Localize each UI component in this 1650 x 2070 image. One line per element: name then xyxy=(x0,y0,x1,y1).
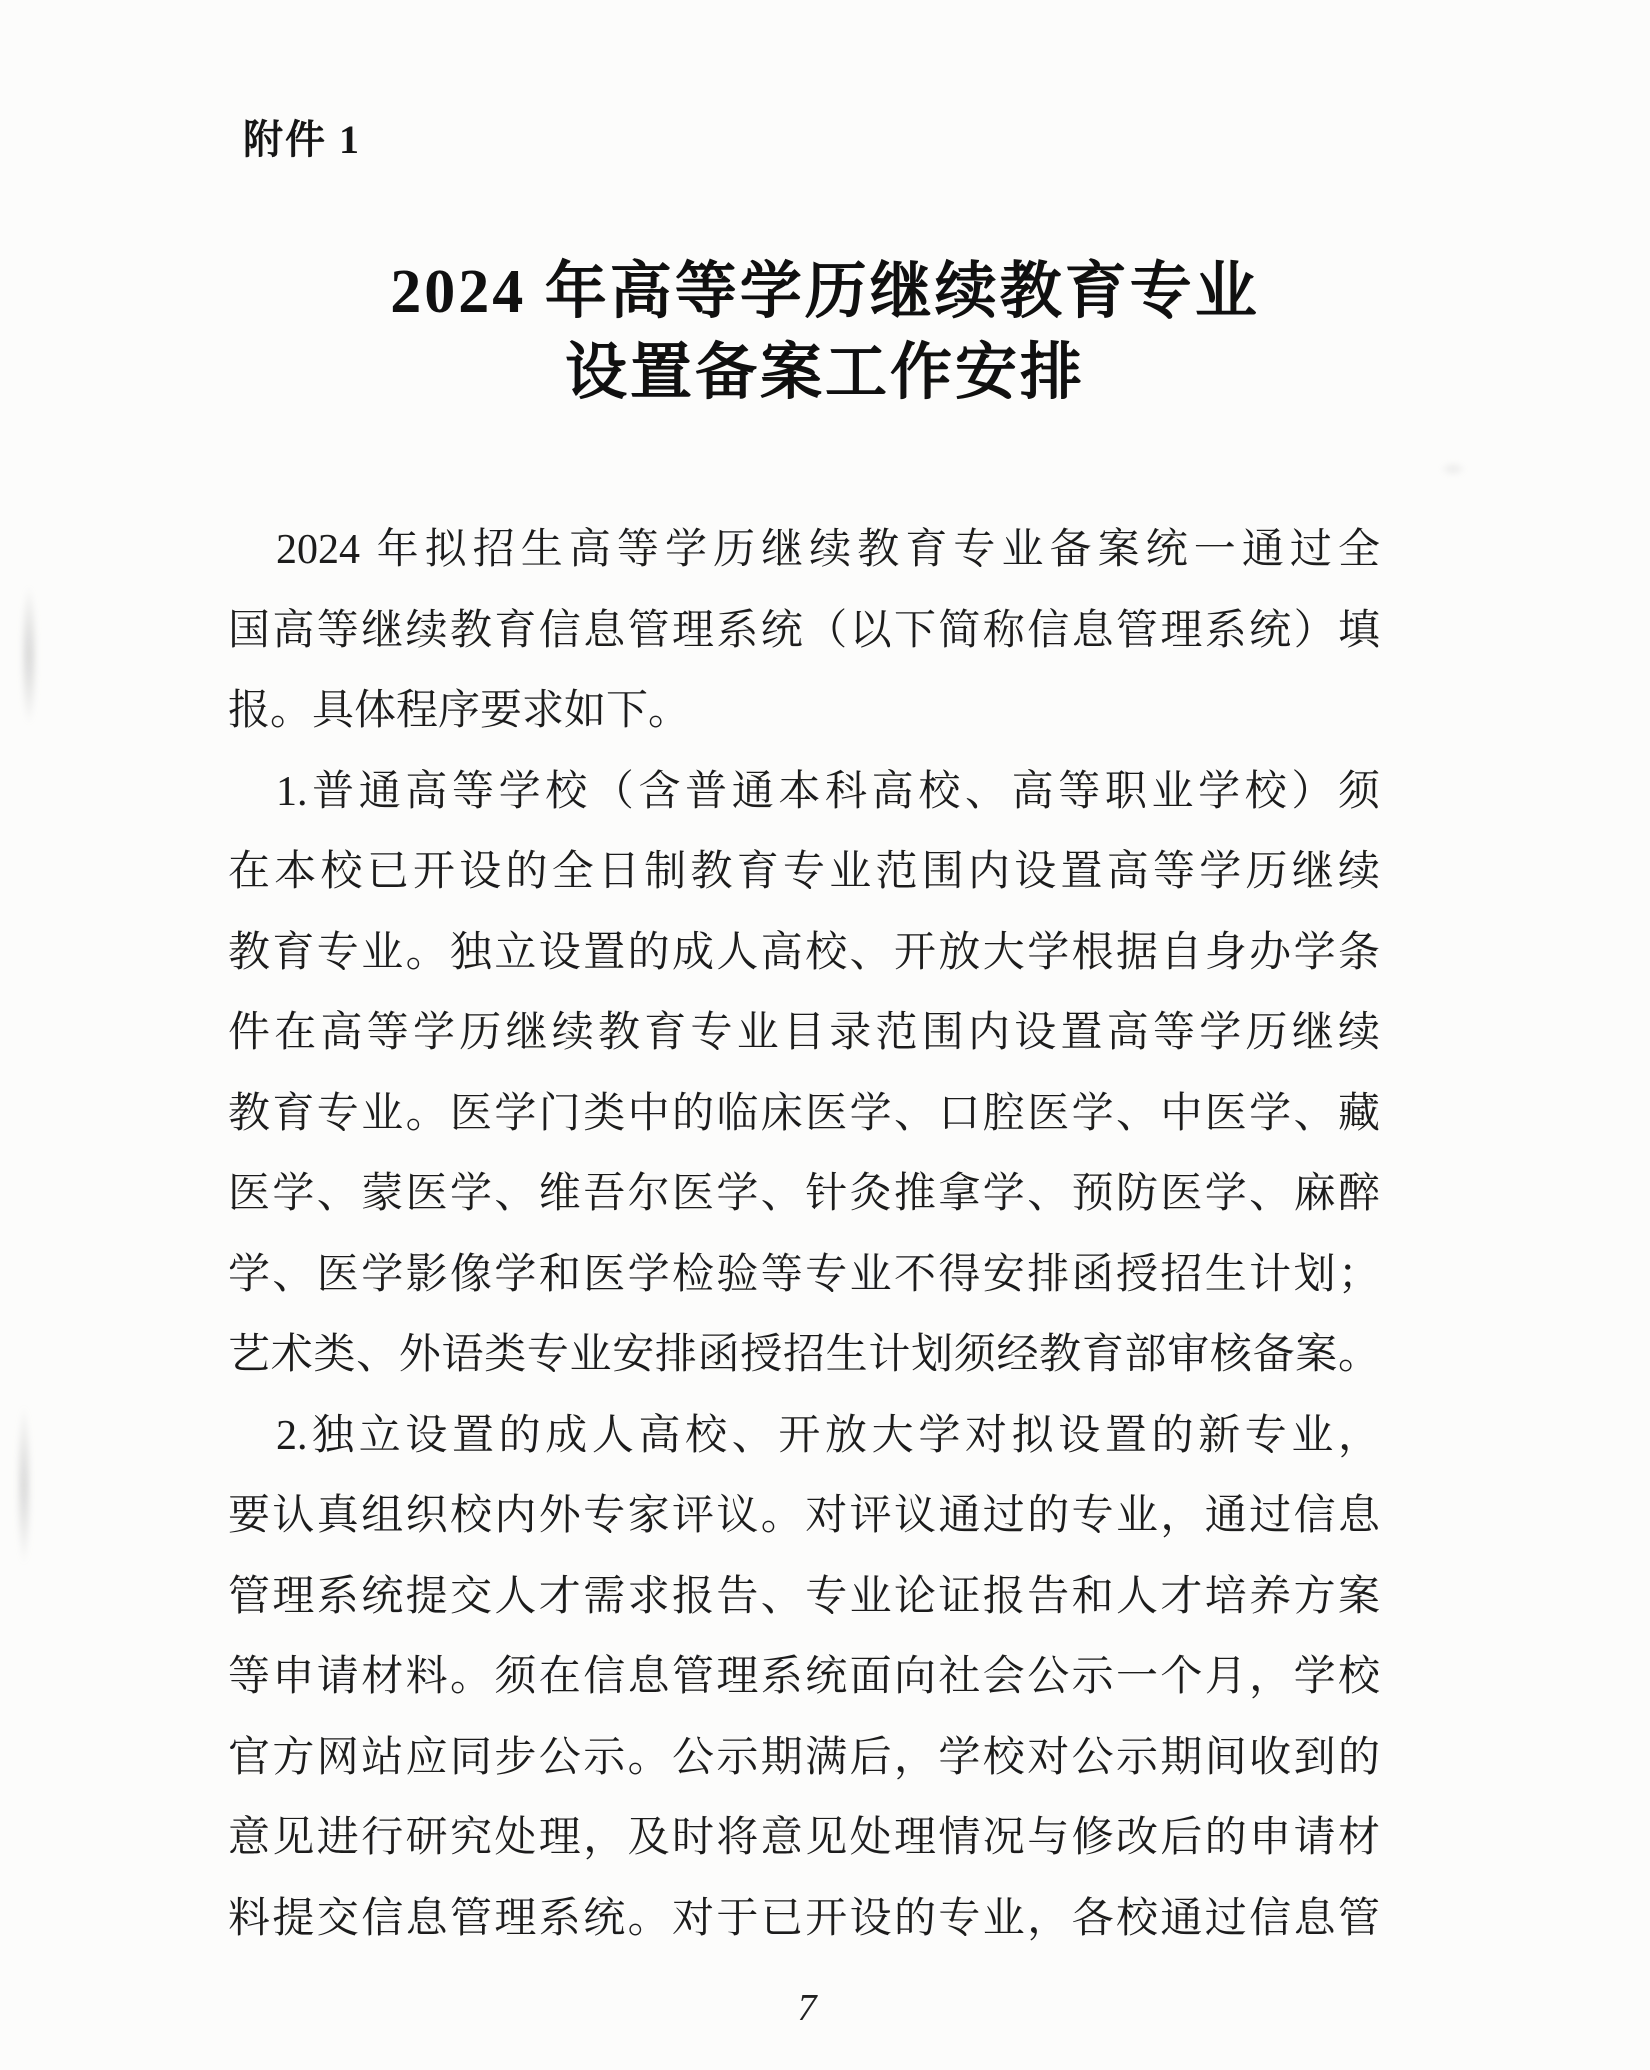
body-line: 报。具体程序要求如下。 xyxy=(228,671,1380,752)
body-line: 料提交信息管理系统。对于已开设的专业，各校通过信息管 xyxy=(228,1879,1380,1960)
body-line: 管理系统提交人才需求报告、专业论证报告和人才培养方案 xyxy=(228,1557,1380,1638)
title-line-2: 设置备案工作安排 xyxy=(0,333,1650,414)
scan-artifact xyxy=(16,1405,32,1565)
scan-artifact xyxy=(20,585,38,725)
body-line: 件在高等学历继续教育专业目录范围内设置高等学历继续 xyxy=(228,993,1380,1074)
document-title: 2024 年高等学历继续教育专业 设置备案工作安排 xyxy=(0,252,1650,414)
body-line: 等申请材料。须在信息管理系统面向社会公示一个月，学校 xyxy=(228,1637,1380,1718)
body-line: 教育专业。医学门类中的临床医学、口腔医学、中医学、藏 xyxy=(228,1074,1380,1155)
body-line: 教育专业。独立设置的成人高校、开放大学根据自身办学条 xyxy=(228,913,1380,994)
body-line: 在本校已开设的全日制教育专业范围内设置高等学历继续 xyxy=(228,832,1380,913)
body-line: 2.独立设置的成人高校、开放大学对拟设置的新专业， xyxy=(228,1396,1380,1477)
body-line: 1.普通高等学校（含普通本科高校、高等职业学校）须 xyxy=(228,752,1380,833)
body-line: 医学、蒙医学、维吾尔医学、针灸推拿学、预防医学、麻醉 xyxy=(228,1154,1380,1235)
attachment-label: 附件 1 xyxy=(243,108,361,165)
scan-artifact xyxy=(1440,462,1466,476)
document-page: 附件 1 2024 年高等学历继续教育专业 设置备案工作安排 2024 年拟招生… xyxy=(0,0,1650,2070)
title-line-1: 2024 年高等学历继续教育专业 xyxy=(0,252,1650,333)
body-line: 官方网站应同步公示。公示期满后，学校对公示期间收到的 xyxy=(228,1718,1380,1799)
document-body: 2024 年拟招生高等学历继续教育专业备案统一通过全 国高等继续教育信息管理系统… xyxy=(228,510,1380,1959)
body-line: 学、医学影像学和医学检验等专业不得安排函授招生计划； xyxy=(228,1235,1380,1316)
body-line: 2024 年拟招生高等学历继续教育专业备案统一通过全 xyxy=(228,510,1380,591)
page-number: 7 xyxy=(0,1986,1632,2030)
body-line: 国高等继续教育信息管理系统（以下简称信息管理系统）填 xyxy=(228,591,1380,672)
body-line: 意见进行研究处理，及时将意见处理情况与修改后的申请材 xyxy=(228,1798,1380,1879)
body-line: 艺术类、外语类专业安排函授招生计划须经教育部审核备案。 xyxy=(228,1315,1380,1396)
body-line: 要认真组织校内外专家评议。对评议通过的专业，通过信息 xyxy=(228,1476,1380,1557)
